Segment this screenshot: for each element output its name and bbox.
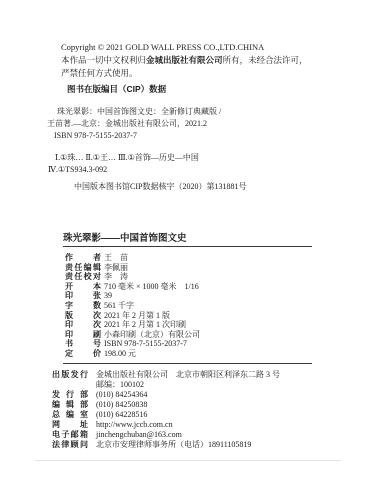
colophon-row-edition: 版次2021 年 2 月第 1 版: [65, 311, 200, 321]
publisher-value: (010) 84254364: [96, 390, 147, 399]
colophon-value: 561 千字: [104, 301, 134, 310]
colophon-value: 王 苗: [104, 253, 128, 262]
colophon-row-author: 作者王 苗: [65, 253, 200, 263]
colophon-block: 作者王 苗 责任编辑李佩丽 责任校对李 涛 开本710 毫米 × 1000 毫米…: [65, 253, 200, 359]
colophon-value: 198.00 元: [104, 349, 136, 358]
rights-text-pre: 本作品一切中文权利归: [61, 55, 146, 65]
publisher-label: 电子邮箱: [52, 430, 88, 440]
cip-classification-line-2: Ⅳ.①TS934.3-092: [47, 164, 327, 176]
colophon-label: 印次: [65, 320, 101, 330]
colophon-label: 版次: [65, 311, 101, 321]
colophon-label: 作者: [65, 253, 101, 263]
colophon-row-proofreader: 责任校对李 涛: [65, 272, 200, 282]
publisher-row-website: 网址http://www.jccb.com.cn: [52, 420, 280, 430]
publisher-value: 邮编：100102: [96, 380, 144, 389]
colophon-row-isbn: 书号ISBN 978-7-5155-2037-7: [65, 339, 200, 349]
colophon-row-printer: 印刷小森印刷（北京）有限公司: [65, 330, 200, 340]
copyright-line-rights: 本作品一切中文权利归金城出版社有限公司所有，未经合法许可，: [61, 54, 323, 67]
publisher-value: 北京市安理律师事务所（电话）18911105819: [96, 440, 251, 449]
cip-isbn-line: ISBN 978-7-5155-2037-7: [47, 130, 327, 142]
publisher-value: (010) 64228516: [96, 410, 147, 419]
publisher-row-sales-dept: 发行部(010) 84254364: [52, 390, 280, 400]
copyright-notice: Copyright © 2021 GOLD WALL PRESS CO.,LTD…: [61, 41, 323, 80]
colophon-row-impression: 印次2021 年 2 月第 1 次印刷: [65, 320, 200, 330]
publisher-label: 总编室: [52, 410, 88, 420]
colophon-value: 2021 年 2 月第 1 次印刷: [104, 320, 186, 329]
publisher-value: (010) 84250838: [96, 400, 147, 409]
publisher-row-legal-counsel: 法律顾问北京市安理律师事务所（电话）18911105819: [52, 440, 280, 450]
colophon-row-sheets: 印张39: [65, 291, 200, 301]
publisher-label: 法律顾问: [52, 440, 88, 450]
colophon-value: ISBN 978-7-5155-2037-7: [104, 339, 187, 348]
rights-text-post: 所有，未经合法许可，: [223, 55, 308, 65]
colophon-label: 印刷: [65, 330, 101, 340]
cip-record-number: 中国版本图书馆CIP数据核字（2020）第131881号: [47, 181, 327, 193]
publisher-info-block: 出版发行金城出版社有限公司 北京市朝阳区利泽东二路 3 号 邮编：100102 …: [52, 370, 280, 450]
colophon-label: 责任校对: [65, 272, 101, 282]
colophon-row-editor: 责任编辑李佩丽: [65, 263, 200, 273]
publisher-row-email: 电子邮箱jinchengchuban@163.com: [52, 430, 280, 440]
publisher-label: 出版发行: [52, 370, 88, 380]
copyright-line-english: Copyright © 2021 GOLD WALL PRESS CO.,LTD…: [61, 41, 323, 54]
cip-heading: 图书在版编目（CIP）数据: [47, 83, 327, 96]
cip-data-block: 图书在版编目（CIP）数据 珠光翠影：中国首饰图文史：全新修订典藏版 / 王苗著…: [47, 83, 327, 193]
publisher-label: 发行部: [52, 390, 88, 400]
title-divider-rule: [63, 246, 312, 247]
publisher-value: 金城出版社有限公司 北京市朝阳区利泽东二路 3 号: [96, 370, 280, 379]
colophon-value: 710 毫米 × 1000 毫米 1/16: [104, 282, 199, 291]
publisher-row-chief-office: 总编室(010) 64228516: [52, 410, 280, 420]
publisher-row-postcode: 邮编：100102: [52, 380, 280, 390]
publisher-row-editorial-dept: 编辑部(010) 84250838: [52, 400, 280, 410]
publisher-row-distribution: 出版发行金城出版社有限公司 北京市朝阳区利泽东二路 3 号: [52, 370, 280, 380]
colophon-row-price: 定价198.00 元: [65, 349, 200, 359]
colophon-value: 小森印刷（北京）有限公司: [104, 330, 200, 339]
colophon-value: 李 涛: [104, 272, 128, 281]
book-title: 珠光翠影——中国首饰图文史: [63, 230, 187, 244]
colophon-bottom-rule: [63, 363, 312, 364]
cip-author-line: 王苗著.—北京：金城出版社有限公司，2021.2: [47, 118, 327, 130]
cip-classification-line-1: Ⅰ.①珠… Ⅱ.①王… Ⅲ.①首饰—历史—中国: [47, 152, 327, 164]
colophon-label: 定价: [65, 349, 101, 359]
colophon-label: 开本: [65, 282, 101, 292]
colophon-label: 字数: [65, 301, 101, 311]
cip-title-line: 珠光翠影：中国首饰图文史：全新修订典藏版 /: [47, 106, 327, 118]
publisher-label: 编辑部: [52, 400, 88, 410]
colophon-value: 李佩丽: [104, 263, 128, 272]
publisher-value: http://www.jccb.com.cn: [96, 420, 173, 429]
publisher-name-bold: 金城出版社有限公司: [146, 55, 223, 65]
colophon-label: 印张: [65, 291, 101, 301]
colophon-value: 2021 年 2 月第 1 版: [104, 311, 170, 320]
colophon-row-wordcount: 字数561 千字: [65, 301, 200, 311]
colophon-value: 39: [104, 291, 112, 300]
colophon-label: 书号: [65, 339, 101, 349]
publisher-value: jinchengchuban@163.com: [96, 430, 182, 439]
colophon-label: 责任编辑: [65, 263, 101, 273]
publisher-label: 网址: [52, 420, 88, 430]
page-bottom-edge: [35, 460, 341, 461]
colophon-row-format: 开本710 毫米 × 1000 毫米 1/16: [65, 282, 200, 292]
copyright-line-prohibition: 严禁任何方式使用。: [61, 67, 323, 80]
